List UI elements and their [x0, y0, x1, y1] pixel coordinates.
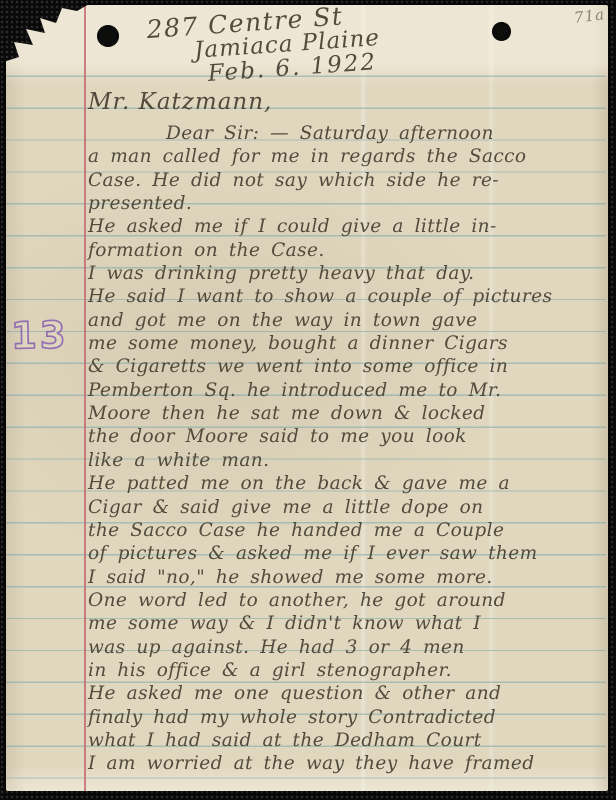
letter-line: I said "no," he showed me some more. [88, 566, 600, 589]
letter-line: the door Moore said to me you look [88, 425, 600, 448]
letter-line: like a white man. [88, 449, 600, 472]
archive-stamp-number: 13 [11, 314, 69, 358]
letter-line: I was drinking pretty heavy that day. [88, 262, 600, 285]
letter-line: Case. He did not say which side he re- [88, 169, 600, 192]
letter-line: was up against. He had 3 or 4 men [88, 636, 600, 659]
letter-line: He said I want to show a couple of pictu… [88, 285, 600, 308]
letter-heading: 287 Centre St Jamiaca Plaine Feb. 6. 192… [146, 0, 383, 91]
letter-line: He asked me if I could give a little in- [88, 215, 600, 238]
letter-line: what I had said at the Dedham Court [88, 729, 600, 752]
letter-line: presented. [88, 192, 600, 215]
letter-line: the Sacco Case he handed me a Couple [88, 519, 600, 542]
letter-line: I am worried at the way they have framed [88, 752, 600, 775]
letter-line: Pemberton Sq. he introduced me to Mr. [88, 379, 600, 402]
letter-line: of pictures & asked me if I ever saw the… [88, 542, 600, 565]
letter-line: in his office & a girl stenographer. [88, 659, 600, 682]
red-margin-line [84, 5, 86, 791]
letter-line: me some way & I didn't know what I [88, 612, 600, 635]
pencil-page-number: 71a [573, 5, 606, 27]
letter-line: & Cigaretts we went into some office in [88, 355, 600, 378]
letter-line: Moore then he sat me down & locked [88, 402, 600, 425]
letter-line: me some money, bought a dinner Cigars [88, 332, 600, 355]
letter-line: He asked me one question & other and [88, 682, 600, 705]
letter-line: He patted me on the back & gave me a [88, 472, 600, 495]
letter-line: a man called for me in regards the Sacco [88, 145, 600, 168]
letter-line: Dear Sir: — Saturday afternoon [88, 122, 600, 145]
scan-background: 287 Centre St Jamiaca Plaine Feb. 6. 192… [0, 0, 616, 800]
letter-line: One word led to another, he got around [88, 589, 600, 612]
punch-hole-left [97, 25, 119, 47]
recipient-line: Mr. Katzmann, [88, 89, 272, 115]
letter-line: formation on the Case. [88, 239, 600, 262]
punch-hole-right [492, 22, 511, 41]
letter-line: Cigar & said give me a little dope on [88, 496, 600, 519]
letter-line: and got me on the way in town gave [88, 309, 600, 332]
letter-page: 287 Centre St Jamiaca Plaine Feb. 6. 192… [6, 5, 608, 791]
letter-body: Dear Sir: — Saturday afternoon a man cal… [88, 122, 600, 776]
letter-line: finaly had my whole story Contradicted [88, 706, 600, 729]
